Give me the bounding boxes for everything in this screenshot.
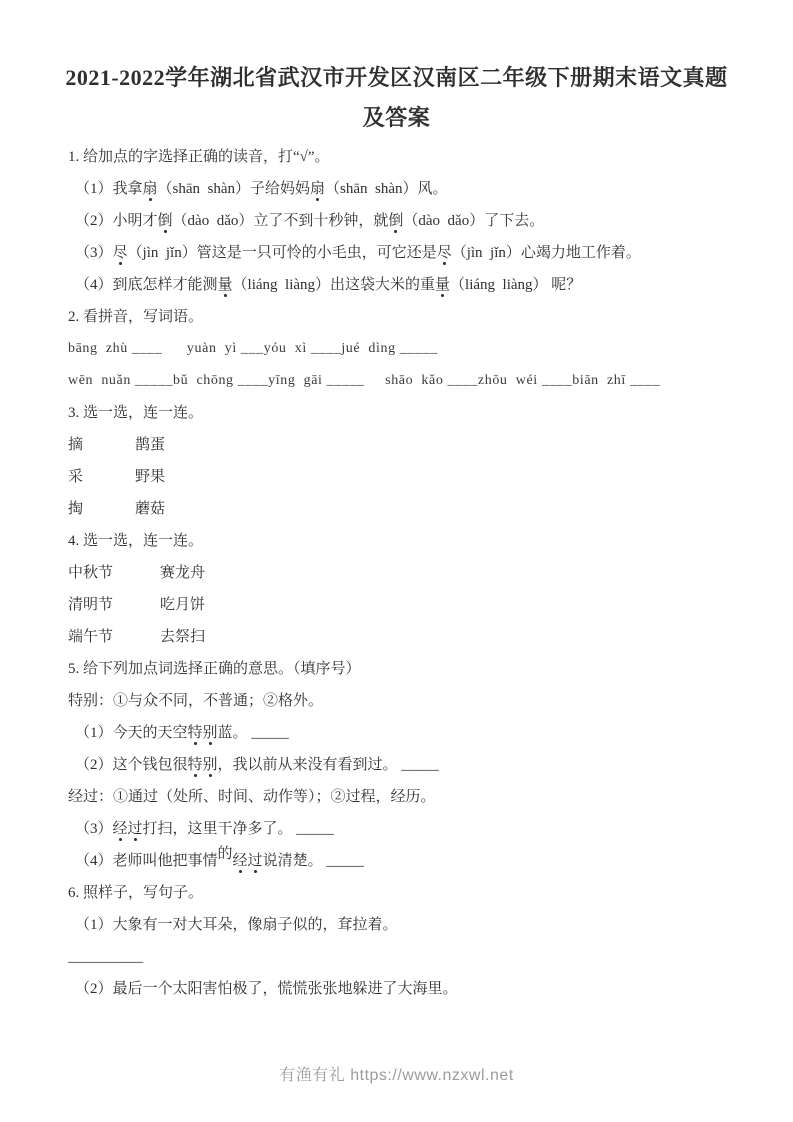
q4-pair-1: 中秋节赛龙舟 <box>68 557 753 589</box>
emphasis-dotted-char: 经 <box>113 813 128 845</box>
text-segment: （1）大象有一对大耳朵，像扇子似的，耷拉着。 <box>75 917 398 933</box>
text-segment: 经过：①通过（处所、时间、动作等）；②过程，经历。 <box>68 789 436 805</box>
footer-watermark: 有渔有礼 https://www.nzxwl.net <box>0 1062 793 1085</box>
question-4-header: 4. 选一选，连一连。 <box>68 525 753 557</box>
emphasis-dotted-char: 量 <box>435 269 450 301</box>
page-title-line-1: 2021-2022学年湖北省武汉市开发区汉南区二年级下册期末语文真题 <box>0 58 793 98</box>
q2-pinyin-row-2: wēn nuǎn _____bǔ chōng ____yīng gāi ____… <box>68 365 753 397</box>
emphasis-dotted-char: 尽 <box>437 237 452 269</box>
q5-item-3: （3）经过打扫，这里干净多了。 _____ <box>68 813 753 845</box>
question-6-header: 6. 照样子，写句子。 <box>68 877 753 909</box>
text-segment: bāng zhù ____ yuàn yì ___yóu xì ____jué … <box>68 341 438 356</box>
q6-answer-blank: __________ <box>68 941 753 973</box>
text-segment: （dào dǎo）立了不到十秒钟，就 <box>173 213 389 229</box>
emphasis-dotted-char: 别 <box>203 749 218 781</box>
text-segment: （1）我拿 <box>75 181 143 197</box>
emphasis-dotted-char: 量 <box>218 269 233 301</box>
text-segment: 3. 选一选，连一连。 <box>68 405 203 421</box>
q5-item-4: （4）老师叫他把事情的经过说清楚。 _____ <box>68 845 753 877</box>
text-segment: （1）今天的天空 <box>75 725 188 741</box>
exam-page: 2021-2022学年湖北省武汉市开发区汉南区二年级下册期末语文真题 及答案 1… <box>0 0 793 1122</box>
emphasis-dotted-char: 经 <box>233 845 248 877</box>
text-segment: （2）最后一个太阳害怕极了，慌慌张张地躲进了大海里。 <box>75 981 458 997</box>
text-segment: （4）到底怎样才能测 <box>75 277 218 293</box>
emphasis-dotted-char: 别 <box>203 717 218 749</box>
q6-item-2: （2）最后一个太阳害怕极了，慌慌张张地躲进了大海里。 <box>68 973 753 1005</box>
q1-item-3: （3）尽（jìn jǐn）管这是一只可怜的小毛虫，可它还是尽（jìn jǐn）心… <box>68 237 753 269</box>
emphasis-dotted-char: 倒 <box>388 205 403 237</box>
question-1-header: 1. 给加点的字选择正确的读音，打“√”。 <box>68 141 753 173</box>
text-segment: 掏 <box>68 493 135 525</box>
q4-pair-3: 端午节去祭扫 <box>68 621 753 653</box>
text-segment: 端午节 <box>68 621 160 653</box>
q3-pair-3: 掏蘑菇 <box>68 493 753 525</box>
text-segment: 特别：①与众不同，不普通；②格外。 <box>68 693 323 709</box>
page-title: 2021-2022学年湖北省武汉市开发区汉南区二年级下册期末语文真题 及答案 <box>0 0 793 138</box>
emphasis-dotted-char: 倒 <box>158 205 173 237</box>
q1-item-1: （1）我拿扇（shān shàn）子给妈妈扇（shān shàn）风。 <box>68 173 753 205</box>
text-segment: 中秋节 <box>68 557 160 589</box>
text-segment: 清明节 <box>68 589 160 621</box>
text-segment: （shān shàn）子给妈妈 <box>158 181 311 197</box>
question-2-header: 2. 看拼音，写词语。 <box>68 301 753 333</box>
document-body: 1. 给加点的字选择正确的读音，打“√”。（1）我拿扇（shān shàn）子给… <box>68 141 753 1005</box>
q6-item-1: （1）大象有一对大耳朵，像扇子似的，耷拉着。 <box>68 909 753 941</box>
q5-item-2: （2）这个钱包很特别，我以前从来没有看到过。 _____ <box>68 749 753 781</box>
text-segment: 1. 给加点的字选择正确的读音，打“√”。 <box>68 149 330 165</box>
q1-item-4: （4）到底怎样才能测量（liáng liàng）出这袋大米的重量（liáng l… <box>68 269 753 301</box>
text-segment: ，我以前从来没有看到过。 _____ <box>218 757 439 773</box>
text-segment: 鹊蛋 <box>135 437 165 453</box>
question-5-header: 5. 给下列加点词选择正确的意思。（填序号） <box>68 653 753 685</box>
superscript-char: 的 <box>218 838 233 870</box>
q1-item-2: （2）小明才倒（dào dǎo）立了不到十秒钟，就倒（dào dǎo）了下去。 <box>68 205 753 237</box>
page-title-line-2: 及答案 <box>0 98 793 138</box>
emphasis-dotted-char: 过 <box>128 813 143 845</box>
text-segment: （liáng liàng） 呢？ <box>450 277 581 293</box>
text-segment: 4. 选一选，连一连。 <box>68 533 203 549</box>
text-segment: （shān shàn）风。 <box>325 181 448 197</box>
text-segment: 赛龙舟 <box>160 565 205 581</box>
q5-word-2-definitions: 经过：①通过（处所、时间、动作等）；②过程，经历。 <box>68 781 753 813</box>
text-segment: 野果 <box>135 469 165 485</box>
question-3-header: 3. 选一选，连一连。 <box>68 397 753 429</box>
emphasis-dotted-char: 特 <box>188 717 203 749</box>
text-segment: （3） <box>75 821 113 837</box>
text-segment: 说清楚。 _____ <box>263 853 364 869</box>
text-segment: 5. 给下列加点词选择正确的意思。（填序号） <box>68 661 361 677</box>
text-segment: 采 <box>68 461 135 493</box>
text-segment: wēn nuǎn _____bǔ chōng ____yīng gāi ____… <box>68 373 660 388</box>
emphasis-dotted-char: 过 <box>248 845 263 877</box>
q3-pair-1: 摘鹊蛋 <box>68 429 753 461</box>
text-segment: 去祭扫 <box>160 629 205 645</box>
text-segment: （jìn jǐn）管这是一只可怜的小毛虫，可它还是 <box>128 245 437 261</box>
text-segment: （2）小明才 <box>75 213 158 229</box>
text-segment: （jìn jǐn）心竭力地工作着。 <box>452 245 641 261</box>
text-segment: （dào dǎo）了下去。 <box>403 213 544 229</box>
text-segment: （liáng liàng）出这袋大米的重 <box>233 277 436 293</box>
emphasis-dotted-char: 扇 <box>143 173 158 205</box>
text-segment: （2）这个钱包很 <box>75 757 188 773</box>
emphasis-dotted-char: 扇 <box>310 173 325 205</box>
text-segment: 蓝。 _____ <box>218 725 289 741</box>
text-segment: 蘑菇 <box>135 501 165 517</box>
text-segment: 吃月饼 <box>160 597 205 613</box>
q2-pinyin-row-1: bāng zhù ____ yuàn yì ___yóu xì ____jué … <box>68 333 753 365</box>
text-segment: 摘 <box>68 429 135 461</box>
emphasis-dotted-char: 特 <box>188 749 203 781</box>
text-segment: （3） <box>75 245 113 261</box>
text-segment: __________ <box>68 949 143 965</box>
text-segment: （4）老师叫他把事情 <box>75 853 218 869</box>
text-segment: 2. 看拼音，写词语。 <box>68 309 203 325</box>
text-segment: 打扫，这里干净多了。 _____ <box>143 821 334 837</box>
q3-pair-2: 采野果 <box>68 461 753 493</box>
q5-word-1-definitions: 特别：①与众不同，不普通；②格外。 <box>68 685 753 717</box>
q5-item-1: （1）今天的天空特别蓝。 _____ <box>68 717 753 749</box>
emphasis-dotted-char: 尽 <box>113 237 128 269</box>
q4-pair-2: 清明节吃月饼 <box>68 589 753 621</box>
text-segment: 6. 照样子，写句子。 <box>68 885 203 901</box>
